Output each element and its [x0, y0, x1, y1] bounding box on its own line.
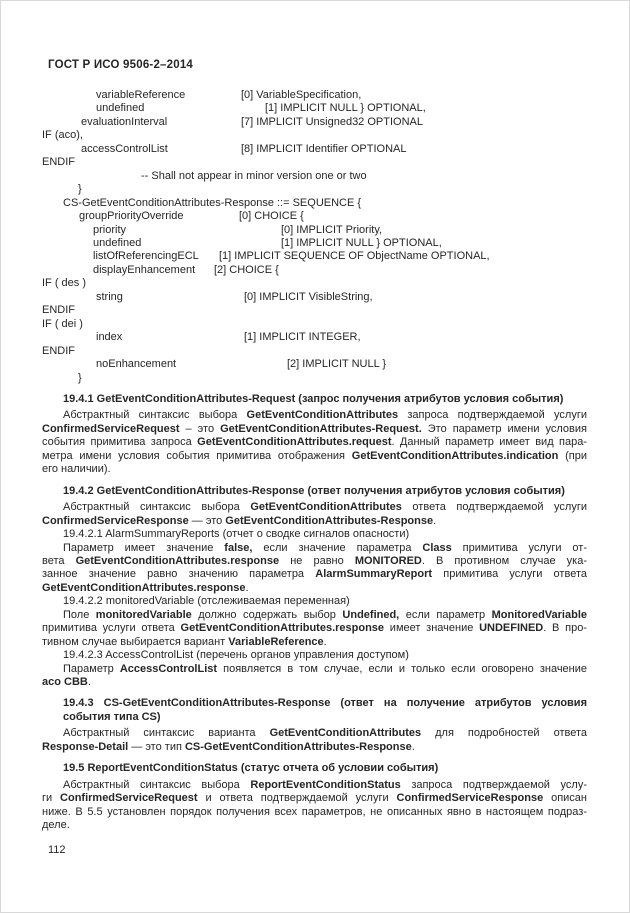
document-page: ГОСТ Р ИСО 9506-2–2014 variableReference…	[0, 0, 630, 913]
paragraph: Абстрактный синтаксис выбора GetEventCon…	[42, 409, 587, 476]
content: variableReference[0] VariableSpecificati…	[42, 89, 587, 833]
subclause-heading: 19.4.2.2 monitoredVariable (отслеживаема…	[42, 595, 587, 608]
text-line: 19.4.2 GetEventConditionAttributes-Respo…	[42, 485, 587, 498]
text-line: 19.4.2.3 AccessControlList (перечень орг…	[42, 649, 587, 662]
text-line: события примитива запроса GetEventCondit…	[42, 436, 587, 449]
paragraph: Поле monitoredVariable должно содержать …	[42, 609, 587, 649]
code-line: undefined[1] IMPLICIT NULL } OPTIONAL,	[42, 237, 587, 250]
text-line: вета GetEventConditionAttributes.respons…	[42, 555, 587, 568]
section-heading: 19.4.2 GetEventConditionAttributes-Respo…	[42, 485, 587, 498]
code-line: string[0] IMPLICIT VisibleString,	[42, 291, 587, 304]
text-line: aco CBB.	[42, 676, 587, 689]
page-number: 112	[48, 844, 587, 857]
text-line: Абстрактный синтаксис варианта GetEventC…	[42, 727, 587, 740]
section-heading: 19.4.3 CS-GetEventConditionAttributes-Re…	[42, 697, 587, 724]
code-line: ENDIF	[42, 304, 587, 317]
code-line: IF (aco),	[42, 129, 587, 142]
code-line: ENDIF	[42, 345, 587, 358]
text-line: ниже. В 5.5 установлен порядок получения…	[42, 806, 587, 819]
code-line: listOfReferencingECL[1] IMPLICIT SEQUENC…	[42, 250, 587, 263]
code-line: accessControlList[8] IMPLICIT Identifier…	[42, 143, 587, 156]
code-line: priority[0] IMPLICIT Priority,	[42, 224, 587, 237]
text-line: GetEventConditionAttributes.response.	[42, 582, 587, 595]
text-line: 19.4.3 CS-GetEventConditionAttributes-Re…	[42, 697, 587, 710]
code-line: ENDIF	[42, 156, 587, 169]
text-line: деле.	[42, 819, 587, 832]
subclause-heading: 19.4.2.3 AccessControlList (перечень орг…	[42, 649, 587, 662]
code-line: displayEnhancement[2] CHOICE {	[42, 264, 587, 277]
code-line: undefined[1] IMPLICIT NULL } OPTIONAL,	[42, 102, 587, 115]
code-line: IF ( dei )	[42, 318, 587, 331]
text-line: ConfirmedServiceRequest – это GetEventCo…	[42, 423, 587, 436]
paragraph: Параметр AccessControlList появляется в …	[42, 663, 587, 690]
code-line: CS-GetEventConditionAttributes-Response …	[42, 197, 587, 210]
code-line: variableReference[0] VariableSpecificati…	[42, 89, 587, 102]
code-line: noEnhancement[2] IMPLICIT NULL }	[42, 358, 587, 371]
text-line: метра имени условия события примитива от…	[42, 450, 587, 463]
code-line: }	[42, 183, 587, 196]
text-line: 19.4.2.2 monitoredVariable (отслеживаема…	[42, 595, 587, 608]
paragraph: Абстрактный синтаксис выбора ReportEvent…	[42, 779, 587, 833]
section-heading: 19.4.1 GetEventConditionAttributes-Reque…	[42, 393, 587, 406]
asn1-code-block: variableReference[0] VariableSpecificati…	[42, 89, 587, 385]
text-line: ги ConfirmedServiceRequest и ответа подт…	[42, 792, 587, 805]
document-header: ГОСТ Р ИСО 9506-2–2014	[48, 58, 587, 72]
text-line: 19.4.2.1 AlarmSummaryReports (отчет о св…	[42, 528, 587, 541]
text-line: события типа CS)	[42, 711, 587, 724]
text-line: Абстрактный синтаксис выбора GetEventCon…	[42, 409, 587, 422]
text-line: 19.4.1 GetEventConditionAttributes-Reque…	[42, 393, 587, 406]
text-line: Поле monitoredVariable должно содержать …	[42, 609, 587, 622]
section-heading: 19.5 ReportEventConditionStatus (статус …	[42, 762, 587, 775]
code-line: groupPriorityOverride[0] CHOICE {	[42, 210, 587, 223]
code-line: -- Shall not appear in minor version one…	[42, 170, 587, 183]
code-line: index[1] IMPLICIT INTEGER,	[42, 331, 587, 344]
text-line: Абстрактный синтаксис выбора GetEventCon…	[42, 501, 587, 514]
subclause-heading: 19.4.2.1 AlarmSummaryReports (отчет о св…	[42, 528, 587, 541]
text-line: 19.5 ReportEventConditionStatus (статус …	[42, 762, 587, 775]
code-line: IF ( des )	[42, 277, 587, 290]
text-line: примитива услуги ответа GetEventConditio…	[42, 622, 587, 635]
text-line: ConfirmedServiceResponse — это GetEventC…	[42, 515, 587, 528]
code-line: }	[42, 372, 587, 385]
text-line: Response-Detail — это тип CS-GetEventCon…	[42, 741, 587, 754]
text-line: занное значение равно значению параметра…	[42, 568, 587, 581]
text-line: тивном случае выбирается вариант Variabl…	[42, 636, 587, 649]
code-line: evaluationInterval[7] IMPLICIT Unsigned3…	[42, 116, 587, 129]
paragraph: Абстрактный синтаксис варианта GetEventC…	[42, 727, 587, 754]
text-line: Абстрактный синтаксис выбора ReportEvent…	[42, 779, 587, 792]
text-line: Параметр AccessControlList появляется в …	[42, 663, 587, 676]
paragraph: Абстрактный синтаксис выбора GetEventCon…	[42, 501, 587, 528]
paragraph: Параметр имеет значение false, если знач…	[42, 542, 587, 596]
text-line: его наличии).	[42, 463, 587, 476]
text-line: Параметр имеет значение false, если знач…	[42, 542, 587, 555]
